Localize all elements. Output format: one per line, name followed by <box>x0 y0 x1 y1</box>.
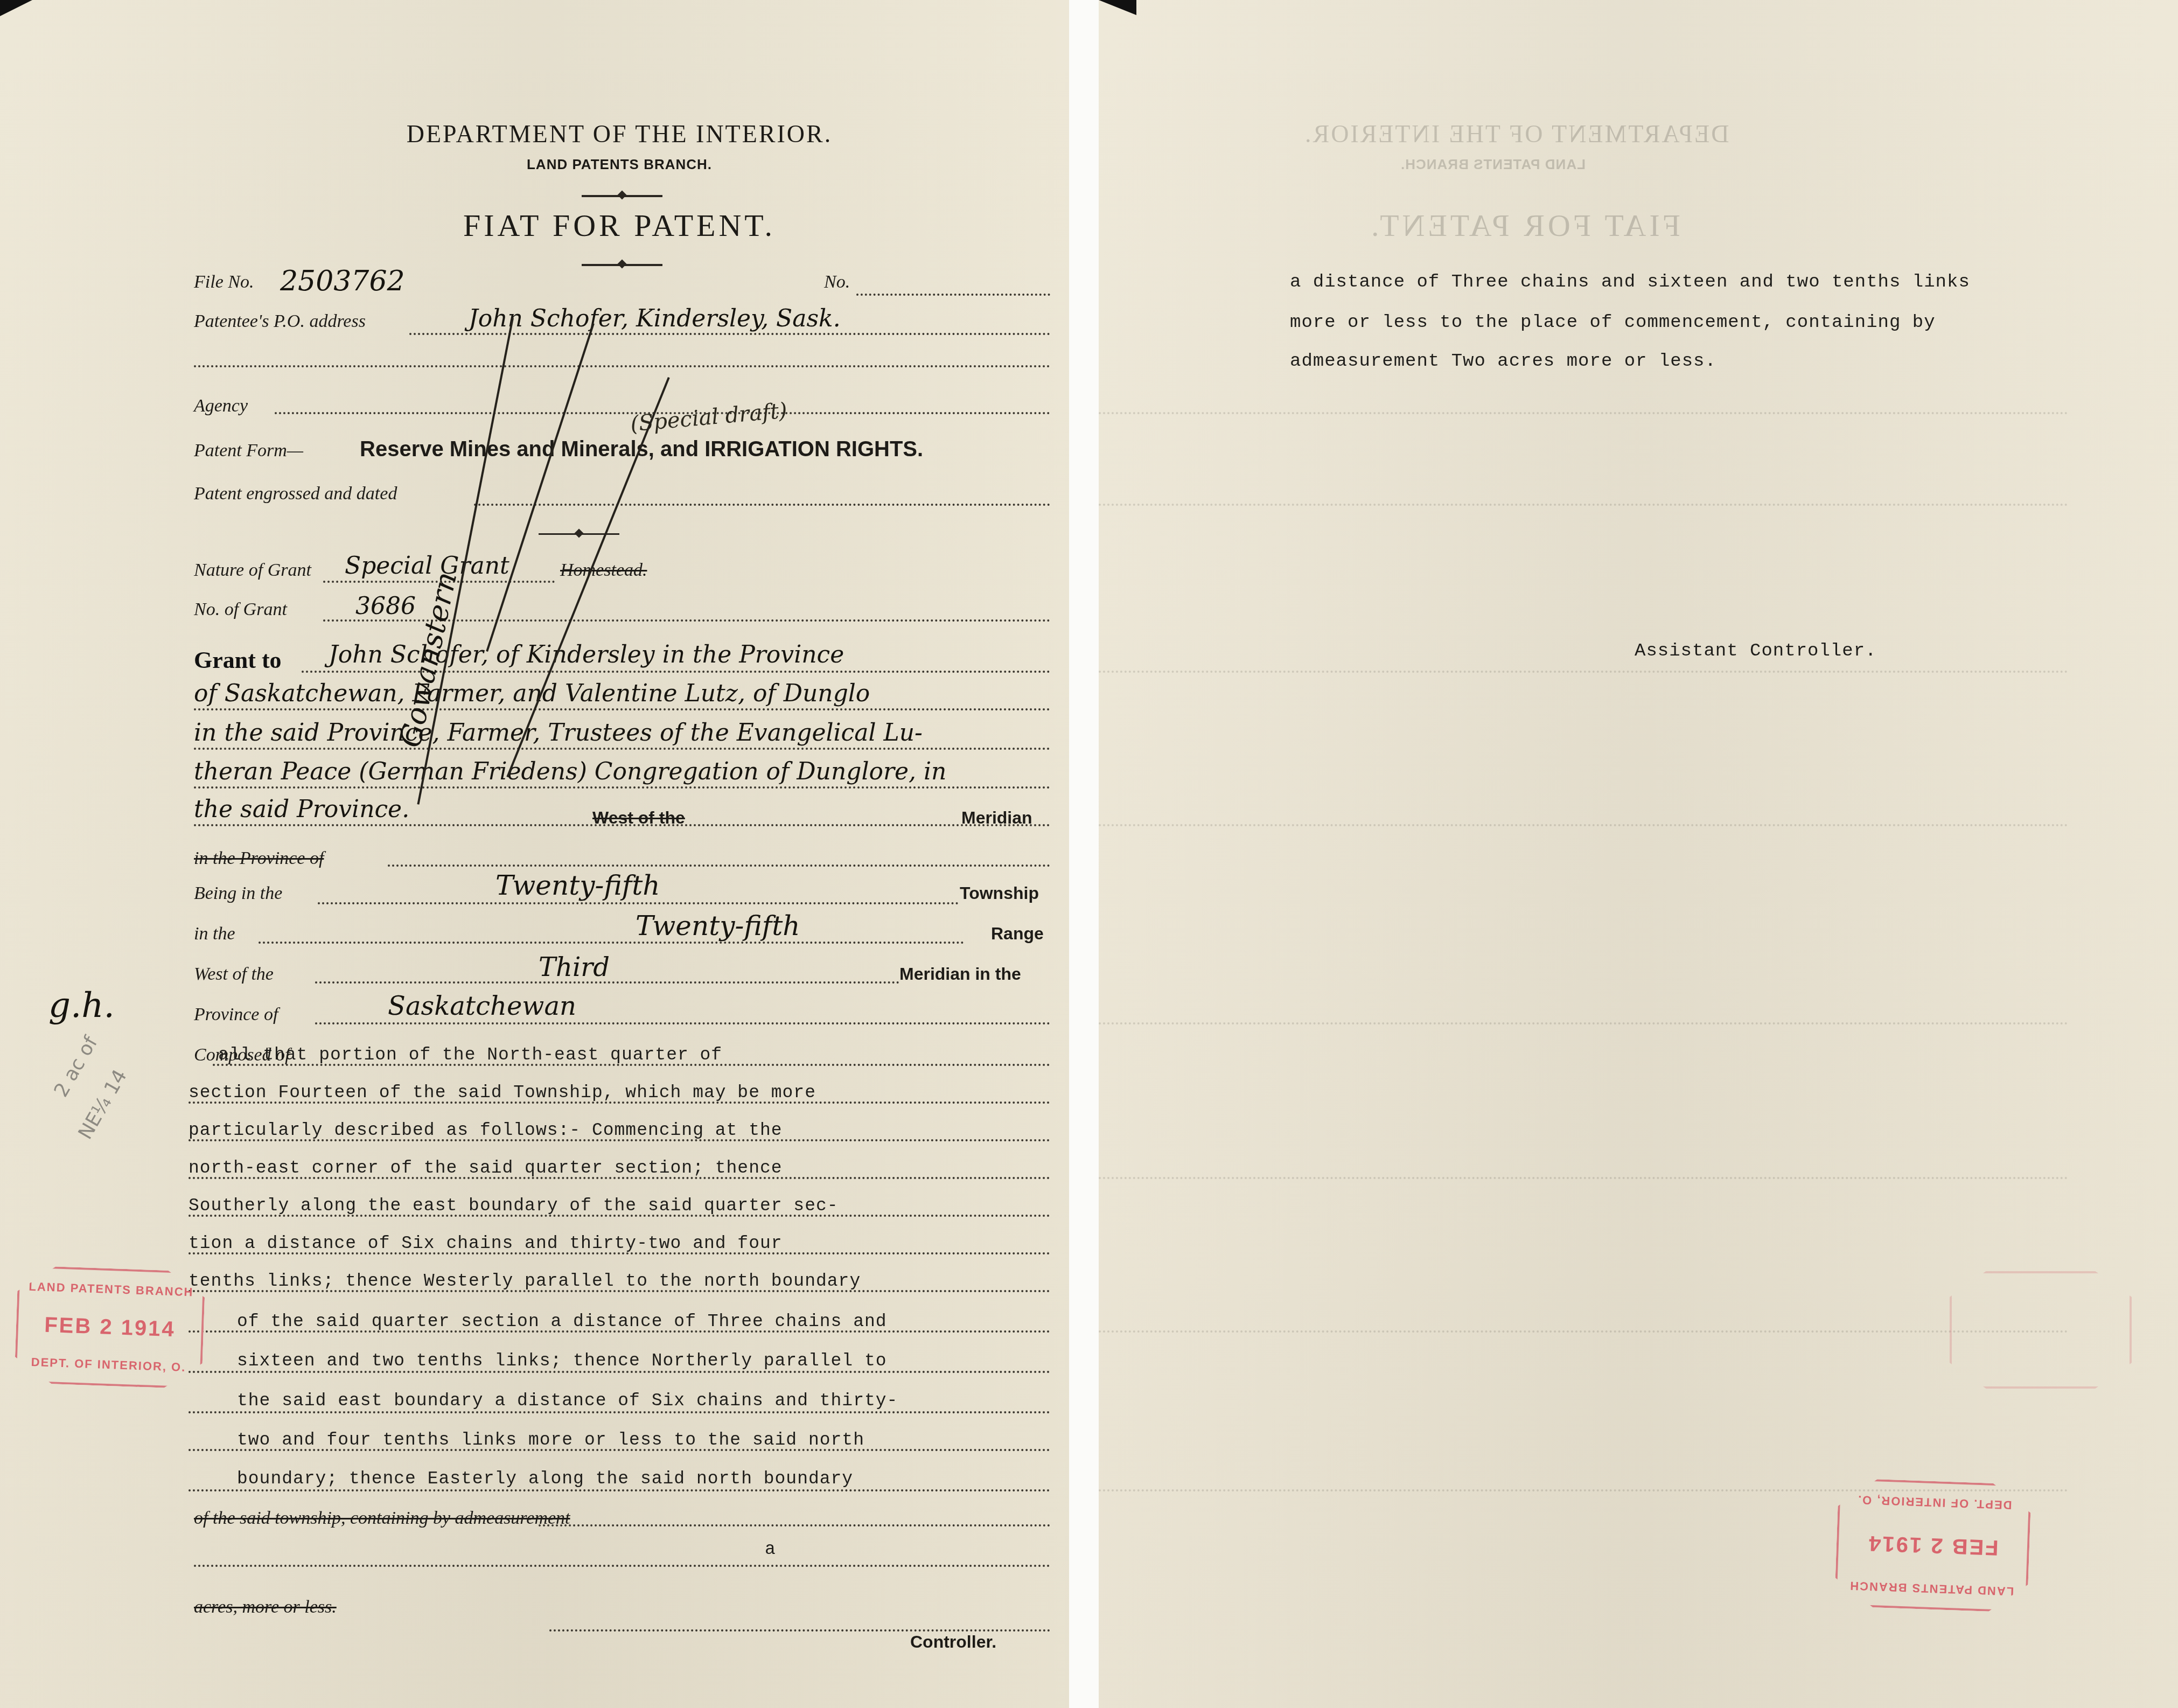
range-line <box>259 942 964 944</box>
range-label: Range <box>991 924 1044 944</box>
desc-line <box>189 1371 1050 1373</box>
township-line <box>318 902 959 904</box>
file-no-label: File No. <box>194 272 254 292</box>
description-line-11: two and four tenths links more or less t… <box>237 1430 864 1450</box>
township-label: Township <box>960 883 1039 903</box>
meridian-struck-label: Meridian <box>961 808 1032 828</box>
right-page: DEPARTMENT OF THE INTERIOR. LAND PATENTS… <box>1099 0 2178 1708</box>
west-of-the-struck: West of the <box>592 808 685 828</box>
po-address-line <box>409 333 1050 335</box>
po-address-label: Patentee's P.O. address <box>194 311 366 332</box>
bleed-line <box>1099 824 2068 826</box>
description-line-6: tion a distance of Six chains and thirty… <box>189 1233 783 1253</box>
grant-to-label: Grant to <box>194 646 282 674</box>
bleed-line <box>1099 504 2068 506</box>
grant-no-value: 3686 <box>355 592 416 620</box>
grant-no-label: No. of Grant <box>194 599 287 620</box>
file-no-value: 2503762 <box>280 265 405 297</box>
margin-pencil-note-1: 2 ac of <box>50 1033 102 1100</box>
continuation-line-2: more or less to the place of commencemen… <box>1290 312 1936 333</box>
grant-line <box>194 748 1050 750</box>
grant-to-line-5: the said Province. <box>194 796 409 823</box>
bleed-through-title: FIAT FOR PATENT. <box>1368 207 1680 243</box>
engrossed-label: Patent engrossed and dated <box>194 484 397 504</box>
no-label: No. <box>824 272 850 292</box>
grant-to-line-1: John Schofer, of Kindersley in the Provi… <box>329 641 844 668</box>
bleed-line <box>1099 1177 2068 1179</box>
controller-label: Controller. <box>910 1632 996 1652</box>
province-line <box>315 1022 1050 1024</box>
branch-heading: LAND PATENTS BRANCH. <box>527 156 712 173</box>
bleed-line <box>1099 412 2068 414</box>
page-gap <box>1069 0 1099 1708</box>
township-value: Twenty-fifth <box>495 870 660 901</box>
description-line-3: particularly described as follows:- Comm… <box>189 1120 783 1140</box>
agency-label: Agency <box>194 396 248 416</box>
west-of-label: West of the <box>194 964 274 985</box>
in-province-struck: in the Province of <box>194 848 324 869</box>
grant-to-line-2: of Saskatchewan, Farmer, and Valentine L… <box>194 680 870 707</box>
continuation-line-1: a distance of Three chains and sixteen a… <box>1290 272 1970 292</box>
ornament-divider <box>582 195 662 197</box>
grant-line <box>194 786 1050 789</box>
bleed-through-branch: LAND PATENTS BRANCH. <box>1400 156 1586 173</box>
description-line-5: Southerly along the east boundary of the… <box>189 1196 839 1216</box>
meridian-label: Meridian in the <box>899 964 1021 984</box>
grant-line <box>194 708 1050 710</box>
controller-signature-line <box>549 1629 1050 1632</box>
desc-line <box>189 1411 1050 1413</box>
desc-line <box>189 1489 1050 1491</box>
bleed-through-stamp <box>1950 1271 2132 1389</box>
stamp-top-text: LAND PATENTS BRANCH <box>1849 1579 2014 1599</box>
ornament-divider <box>539 533 619 535</box>
description-line-10: the said east boundary a distance of Six… <box>237 1391 898 1411</box>
grant-to-line-4: theran Peace (German Friedens) Congregat… <box>194 758 946 785</box>
in-the-label: in the <box>194 924 235 944</box>
stamp-date: FEB 2 1914 <box>44 1313 176 1341</box>
blank-line <box>194 365 1050 367</box>
description-line-12: boundary; thence Easterly along the said… <box>237 1469 853 1489</box>
stamp-bottom-text: DEPT. OF INTERIOR, O. <box>1857 1493 2012 1512</box>
containing-line <box>539 1524 1050 1526</box>
bleed-line <box>1099 1022 2068 1024</box>
nature-of-grant-label: Nature of Grant <box>194 560 311 581</box>
bleed-line <box>1099 1330 2068 1333</box>
description-line-8: of the said quarter section a distance o… <box>237 1312 887 1331</box>
stamp-top-text: LAND PATENTS BRANCH <box>29 1280 194 1300</box>
po-address-value: John Schofer, Kindersley, Sask. <box>469 305 841 332</box>
containing-struck: of the said township, containing by adme… <box>194 1508 570 1529</box>
acres-line <box>194 1565 1050 1567</box>
received-stamp-inverted: LAND PATENTS BRANCH FEB 2 1914 DEPT. OF … <box>1834 1478 2032 1613</box>
continuation-mark: a <box>765 1539 776 1559</box>
ornament-divider <box>582 264 662 266</box>
grant-to-line-3: in the said Province, Farmer, Trustees o… <box>194 719 923 747</box>
margin-pencil-note-2: NE¼ 14 <box>74 1066 131 1143</box>
meridian-value: Third <box>539 952 610 982</box>
description-line-7: tenths links; thence Westerly parallel t… <box>189 1271 861 1291</box>
margin-initials: g.h. <box>48 986 115 1026</box>
scan-corner <box>0 0 32 16</box>
description-line-4: north-east corner of the said quarter se… <box>189 1158 783 1178</box>
province-value: Saskatchewan <box>388 991 576 1021</box>
bleed-through-heading: DEPARTMENT OF THE INTERIOR. <box>1303 120 1729 148</box>
engrossed-line <box>474 504 1050 506</box>
scan-corner <box>1099 0 1136 15</box>
department-heading: DEPARTMENT OF THE INTERIOR. <box>407 120 832 148</box>
no-field-line <box>856 294 1050 296</box>
stamp-date: FEB 2 1914 <box>1867 1531 1999 1559</box>
acres-struck: acres, more or less. <box>194 1597 337 1618</box>
nature-of-grant-value: Special Grant <box>345 552 509 580</box>
range-value: Twenty-fifth <box>636 910 800 942</box>
being-in-label: Being in the <box>194 883 282 904</box>
stamp-bottom-text: DEPT. OF INTERIOR, O. <box>31 1355 186 1375</box>
description-line-9: sixteen and two tenths links; thence Nor… <box>237 1351 887 1371</box>
continuation-line-3: admeasurement Two acres more or less. <box>1290 351 1716 372</box>
bleed-line <box>1099 671 2068 673</box>
description-line-2: section Fourteen of the said Township, w… <box>189 1083 816 1103</box>
patent-form-label: Patent Form— <box>194 441 303 461</box>
homestead-struck: Homestead. <box>560 560 647 581</box>
province-struck-line <box>388 865 1050 867</box>
province-label: Province of <box>194 1005 278 1025</box>
received-stamp: LAND PATENTS BRANCH FEB 2 1914 DEPT. OF … <box>14 1265 205 1389</box>
left-page: DEPARTMENT OF THE INTERIOR. LAND PATENTS… <box>0 0 1069 1708</box>
assistant-controller-label: Assistant Controller. <box>1635 641 1876 661</box>
description-line-1: all that portion of the North-east quart… <box>218 1045 722 1065</box>
document-title: FIAT FOR PATENT. <box>463 207 776 243</box>
